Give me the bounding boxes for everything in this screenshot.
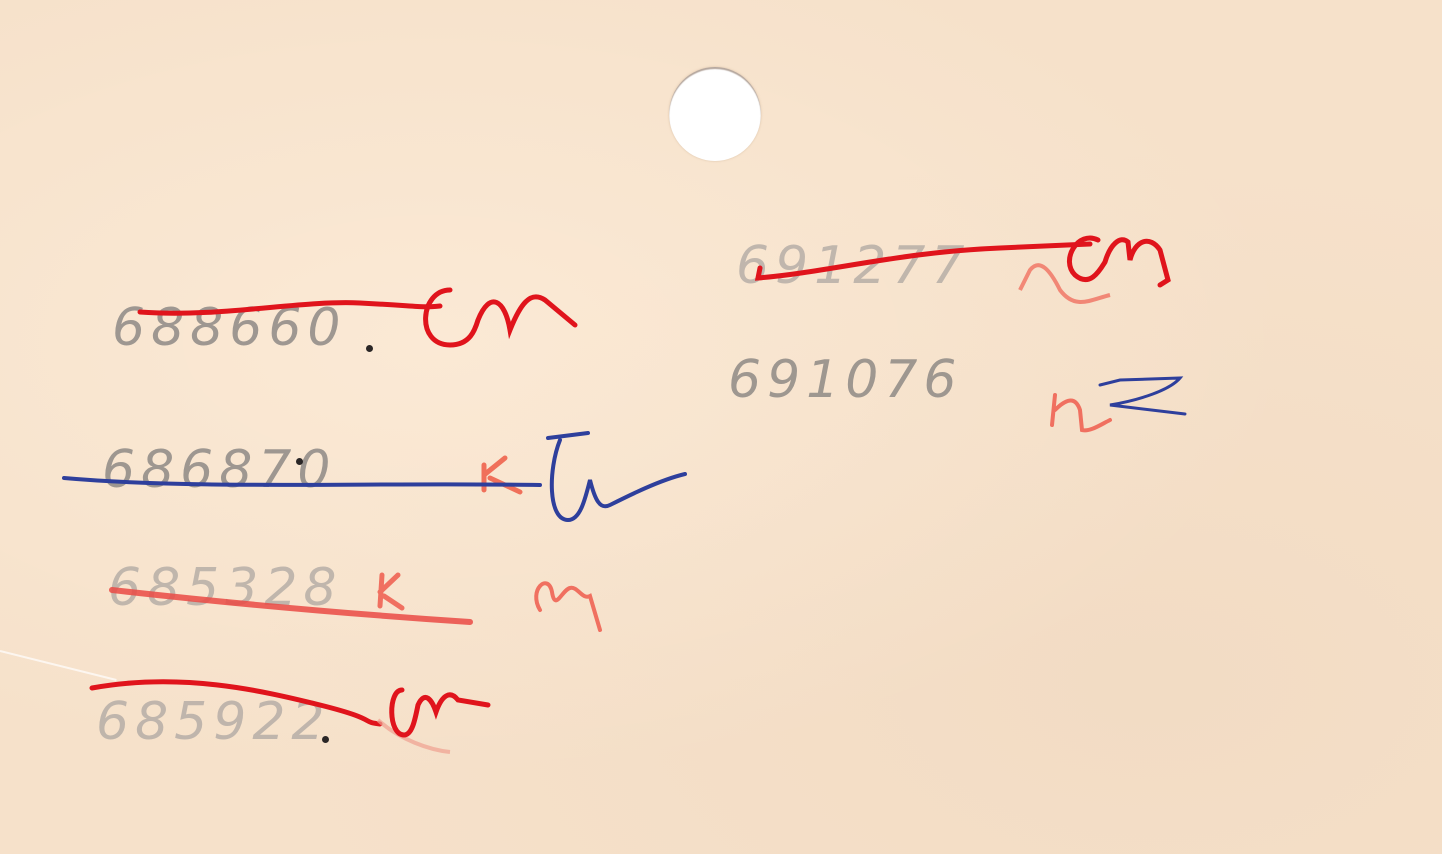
index-card: 688660 686870 685328 685922	[0, 0, 1442, 854]
k-mark	[1052, 395, 1110, 430]
number-2-mark	[1100, 378, 1185, 414]
